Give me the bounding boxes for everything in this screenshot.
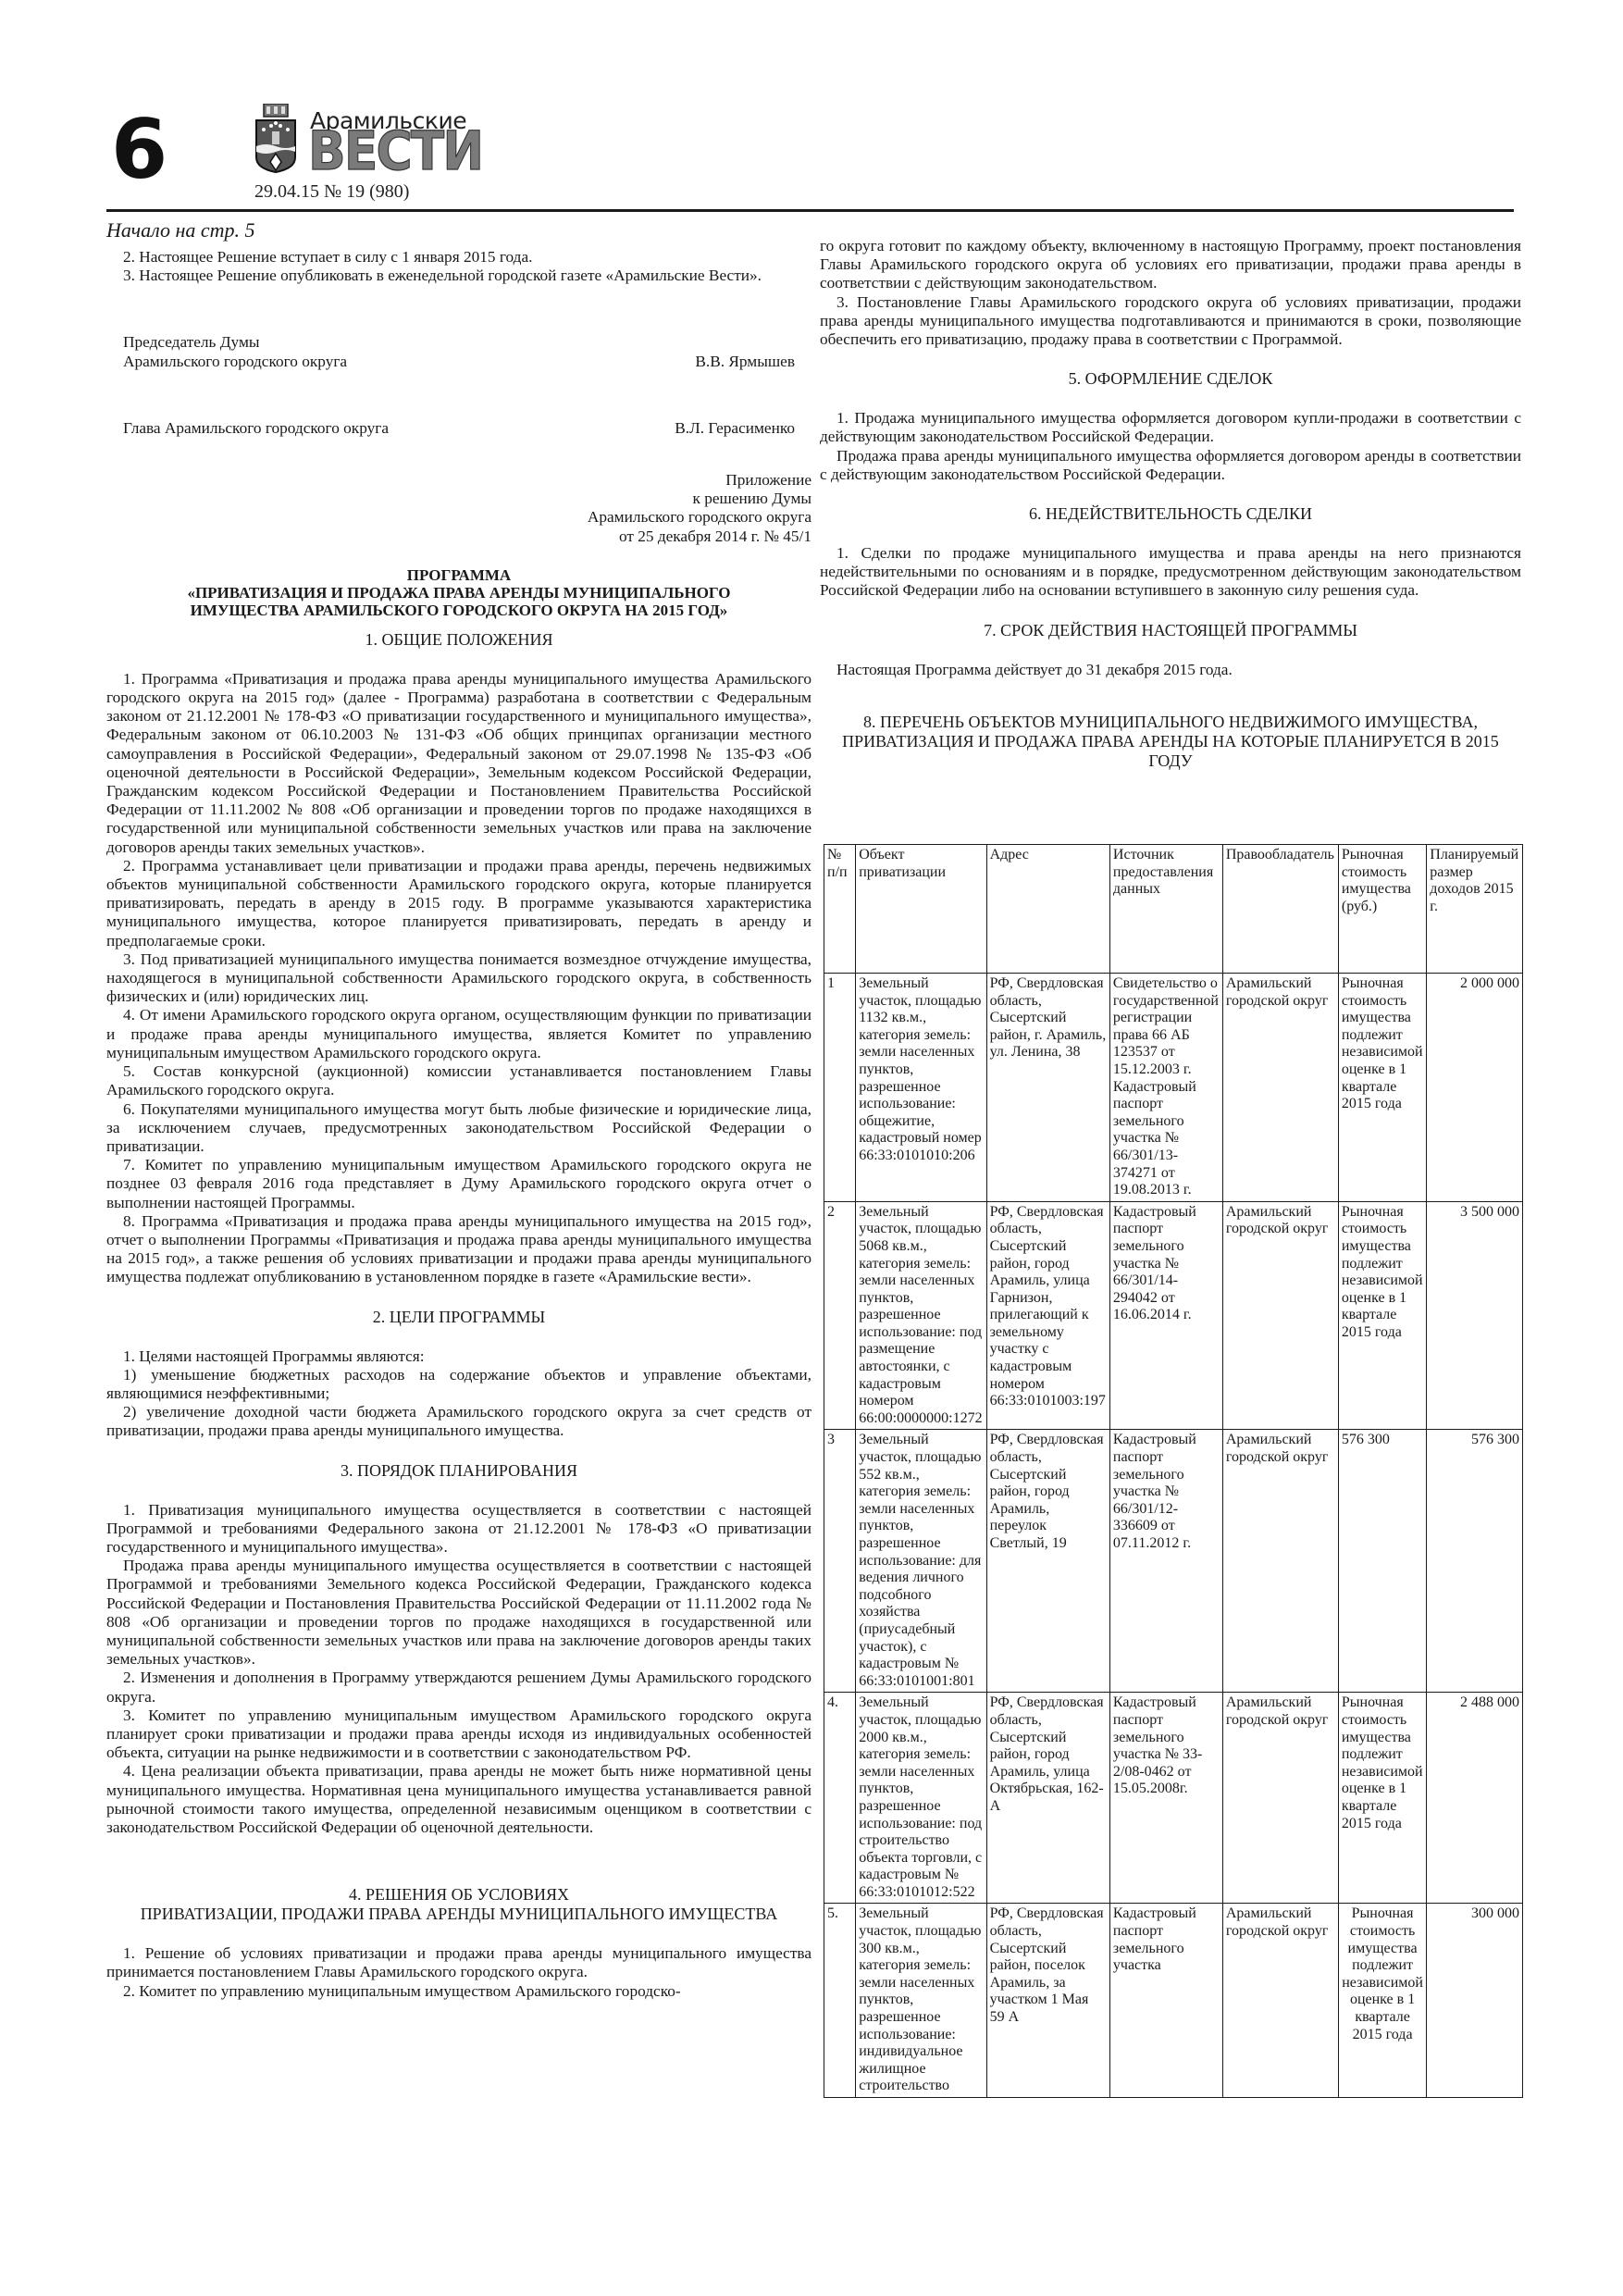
header-market-value: Рыночная стоимость имущества (руб.) — [1338, 845, 1426, 974]
paragraph: 1. Программа «Приватизация и продажа пра… — [106, 670, 811, 857]
brand-name-large: ВЕСТИ — [308, 124, 482, 178]
cell-address: РФ, Свердловская область, Сысертский рай… — [986, 1430, 1109, 1693]
cell-address: РФ, Свердловская область, Сысертский рай… — [986, 1693, 1109, 1904]
header-num: № п/п — [824, 845, 856, 974]
header-owner: Правообладатель — [1222, 845, 1338, 974]
cell-owner: Арамильский городской округ — [1222, 974, 1338, 1202]
continued-from-note: Начало на стр. 5 — [106, 218, 811, 242]
masthead: Арамильские ВЕСТИ 29.04.15 № 19 (980) — [254, 104, 477, 205]
header-planned-income: Планируемый размер доходов 2015 г. — [1427, 845, 1523, 974]
cell-market-value: Рыночная стоимость имущества подлежит не… — [1338, 1201, 1426, 1430]
appendix-line: от 25 декабря 2014 г. № 45/1 — [106, 527, 811, 546]
left-column: Начало на стр. 5 2. Настоящее Решение вс… — [106, 218, 811, 2001]
table-row: 1Земельный участок, площадью 1132 кв.м.,… — [824, 974, 1523, 1202]
paragraph: 3. Постановление Главы Арамильского горо… — [820, 293, 1521, 350]
paragraph: 3. Комитет по управлению муниципальным и… — [106, 1706, 811, 1763]
cell-num: 5. — [824, 1904, 856, 2098]
cell-market-value: Рыночная стоимость имущества подлежит не… — [1338, 1693, 1426, 1904]
paragraph: 2. Программа устанавливает цели приватиз… — [106, 857, 811, 950]
section-heading: 8. ПЕРЕЧЕНЬ ОБЪЕКТОВ МУНИЦИПАЛЬНОГО НЕДВ… — [820, 713, 1521, 771]
signature-chairman: Председатель ДумыАрамильского городского… — [106, 333, 811, 370]
paragraph: 2. Изменения и дополнения в Программу ут… — [106, 1669, 811, 1706]
cell-owner: Арамильский городской округ — [1222, 1430, 1338, 1693]
paragraph: 3. Под приватизацией муниципального имущ… — [106, 950, 811, 1007]
paragraph: 4. Цена реализации объекта приватизации,… — [106, 1762, 811, 1837]
paragraph: Продажа права аренды муниципального имущ… — [820, 447, 1521, 484]
cell-planned-income: 300 000 — [1427, 1904, 1523, 2098]
cell-num: 3 — [824, 1430, 856, 1693]
table-row: 5.Земельный участок, площадью 300 кв.м.,… — [824, 1904, 1523, 2098]
paragraph: 5. Состав конкурсной (аукционной) комисс… — [106, 1062, 811, 1099]
cell-planned-income: 3 500 000 — [1427, 1201, 1523, 1430]
cell-source: Кадастровый паспорт земельного участка №… — [1109, 1430, 1222, 1693]
section-heading: 1. ОБЩИЕ ПОЛОЖЕНИЯ — [106, 630, 811, 650]
header-object: Объект приватизации — [856, 845, 986, 974]
table-row: 2Земельный участок, площадью 5068 кв.м.,… — [824, 1201, 1523, 1430]
signature-title: Глава Арамильского городского округа — [123, 419, 389, 438]
decision-item: 3. Настоящее Решение опубликовать в ежен… — [106, 267, 811, 285]
section-heading: 4. РЕШЕНИЯ ОБ УСЛОВИЯХ ПРИВАТИЗАЦИИ, ПРО… — [106, 1885, 811, 1924]
signature-title: Председатель Думы — [123, 333, 347, 352]
signature-head: Глава Арамильского городского округа В.Л… — [106, 419, 811, 438]
section-heading: 5. ОФОРМЛЕНИЕ СДЕЛОК — [820, 369, 1521, 389]
paragraph: 2) увеличение доходной части бюджета Ара… — [106, 1403, 811, 1440]
cell-owner: Арамильский городской округ — [1222, 1693, 1338, 1904]
cell-num: 1 — [824, 974, 856, 1202]
cell-planned-income: 2 488 000 — [1427, 1693, 1523, 1904]
cell-source: Кадастровый паспорт земельного участка №… — [1109, 1693, 1222, 1904]
coat-of-arms-icon — [254, 104, 297, 174]
decision-item: 2. Настоящее Решение вступает в силу с 1… — [106, 248, 811, 267]
appendix-line: Арамильского городского округа — [106, 508, 811, 527]
signature-name: В.В. Ярмышев — [695, 353, 795, 371]
cell-planned-income: 2 000 000 — [1427, 974, 1523, 1202]
cell-num: 4. — [824, 1693, 856, 1904]
paragraph: 7. Комитет по управлению муниципальным и… — [106, 1156, 811, 1212]
cell-source: Свидетельство о государственной регистра… — [1109, 974, 1222, 1202]
section-heading: 2. ЦЕЛИ ПРОГРАММЫ — [106, 1308, 811, 1327]
section-heading: 7. СРОК ДЕЙСТВИЯ НАСТОЯЩЕЙ ПРОГРАММЫ — [820, 621, 1521, 640]
program-title: ПРОГРАММА «ПРИВАТИЗАЦИЯ И ПРОДАЖА ПРАВА … — [106, 566, 811, 619]
paragraph: го округа готовит по каждому объекту, вк… — [820, 237, 1521, 293]
paragraph: 1. Продажа муниципального имущества офор… — [820, 409, 1521, 446]
cell-object: Земельный участок, площадью 2000 кв.м., … — [856, 1693, 986, 1904]
appendix-line: Приложение — [106, 471, 811, 490]
cell-num: 2 — [824, 1201, 856, 1430]
right-column: го округа готовит по каждому объекту, вк… — [820, 237, 1521, 771]
header-address: Адрес — [986, 845, 1109, 974]
cell-market-value: 576 300 — [1338, 1430, 1426, 1693]
paragraph: 8. Программа «Приватизация и продажа пра… — [106, 1212, 811, 1287]
cell-object: Земельный участок, площадью 552 кв.м., к… — [856, 1430, 986, 1693]
paragraph: 4. От имени Арамильского городского окру… — [106, 1006, 811, 1062]
cell-object: Земельный участок, площадью 300 кв.м., к… — [856, 1904, 986, 2098]
cell-address: РФ, Свердловская область, Сысертский рай… — [986, 974, 1109, 1202]
cell-market-value: Рыночная стоимость имущества подлежит не… — [1338, 1904, 1426, 2098]
cell-planned-income: 576 300 — [1427, 1430, 1523, 1693]
appendix-line: к решению Думы — [106, 490, 811, 508]
table-row: 3Земельный участок, площадью 552 кв.м., … — [824, 1430, 1523, 1693]
paragraph: 1. Целями настоящей Программы являются: — [106, 1347, 811, 1366]
appendix-note: Приложение к решению Думы Арамильского г… — [106, 471, 811, 546]
section-heading: 3. ПОРЯДОК ПЛАНИРОВАНИЯ — [106, 1461, 811, 1481]
table-header-row: № п/п Объект приватизации Адрес Источник… — [824, 845, 1523, 974]
paragraph: 1. Решение об условиях приватизации и пр… — [106, 1944, 811, 1981]
page-number: 6 — [111, 109, 167, 191]
paragraph: 2. Комитет по управлению муниципальным и… — [106, 1982, 811, 2001]
cell-address: РФ, Свердловская область, Сысертский рай… — [986, 1904, 1109, 2098]
header-rule — [106, 209, 1514, 212]
cell-market-value: Рыночная стоимость имущества подлежит не… — [1338, 974, 1426, 1202]
paragraph: Настоящая Программа действует до 31 дека… — [820, 661, 1521, 679]
section-heading: 6. НЕДЕЙСТВИТЕЛЬНОСТЬ СДЕЛКИ — [820, 504, 1521, 524]
paragraph: 6. Покупателями муниципального имущества… — [106, 1100, 811, 1157]
paragraph: 1. Приватизация муниципального имущества… — [106, 1501, 811, 1558]
paragraph: 1) уменьшение бюджетных расходов на соде… — [106, 1366, 811, 1403]
signature-name: В.Л. Герасименко — [675, 419, 795, 438]
objects-table: № п/п Объект приватизации Адрес Источник… — [824, 844, 1523, 2098]
header-source: Источник предоставления данных — [1109, 845, 1222, 974]
paragraph: 1. Сделки по продаже муниципального имущ… — [820, 544, 1521, 601]
cell-owner: Арамильский городской округ — [1222, 1201, 1338, 1430]
paragraph: Продажа права аренды муниципального имущ… — [106, 1557, 811, 1669]
table-row: 4.Земельный участок, площадью 2000 кв.м.… — [824, 1693, 1523, 1904]
signature-title: Арамильского городского округа — [123, 353, 347, 371]
cell-source: Кадастровый паспорт земельного участка №… — [1109, 1201, 1222, 1430]
cell-source: Кадастровый паспорт земельного участка — [1109, 1904, 1222, 2098]
cell-object: Земельный участок, площадью 5068 кв.м., … — [856, 1201, 986, 1430]
cell-address: РФ, Свердловская область, Сысертский рай… — [986, 1201, 1109, 1430]
cell-object: Земельный участок, площадью 1132 кв.м., … — [856, 974, 986, 1202]
cell-owner: Арамильский городской округ — [1222, 1904, 1338, 2098]
issue-date-number: 29.04.15 № 19 (980) — [254, 181, 409, 203]
